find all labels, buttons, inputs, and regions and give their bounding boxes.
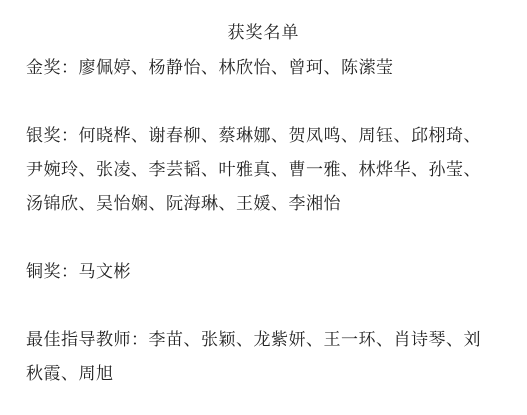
document-title: 获奖名单 <box>0 20 527 46</box>
silver-award-line-1: 银奖：何晓桦、谢春柳、蔡琳娜、贺凤鸣、周钰、邱栩琦、 <box>26 123 506 149</box>
award-list-document: 获奖名单 金奖：廖佩婷、杨静怡、林欣怡、曾珂、陈潆莹 银奖：何晓桦、谢春柳、蔡琳… <box>0 0 527 415</box>
silver-award-line-2: 尹婉玲、张凌、李芸韬、叶雅真、曹一雅、林烨华、孙莹、 <box>26 157 506 183</box>
silver-award-line-3: 汤锦欣、吴怡娴、阮海琳、王媛、李湘怡 <box>26 191 506 217</box>
gold-award-line: 金奖：廖佩婷、杨静怡、林欣怡、曾珂、陈潆莹 <box>26 55 506 81</box>
bronze-award-line: 铜奖：马文彬 <box>26 259 506 285</box>
best-teacher-line-2: 秋霞、周旭 <box>26 361 506 387</box>
best-teacher-line-1: 最佳指导教师：李苗、张颖、龙紫妍、王一环、肖诗琴、刘 <box>26 327 506 353</box>
